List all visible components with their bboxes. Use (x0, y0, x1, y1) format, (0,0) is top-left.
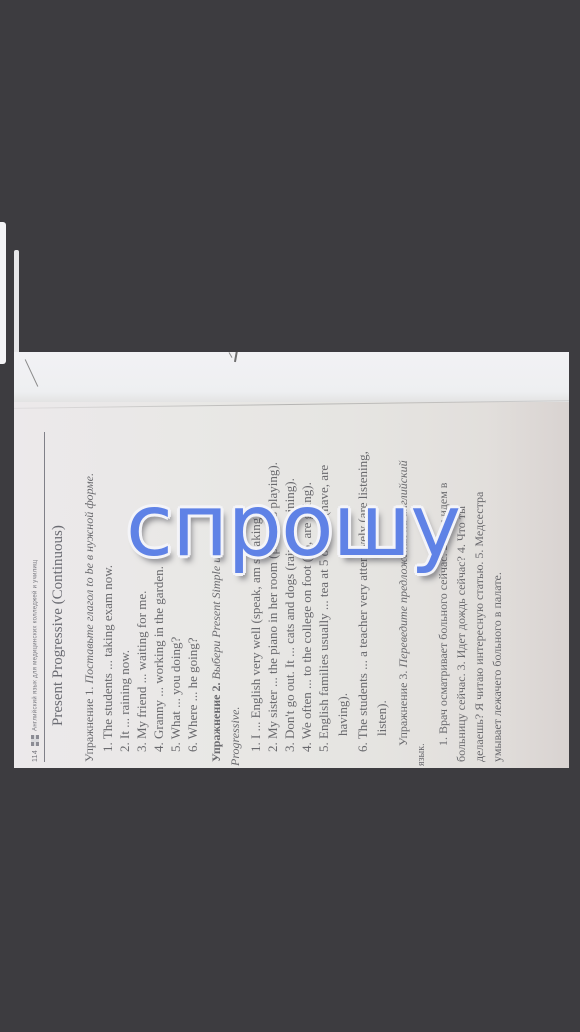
exercise-2-instruction-cont: Progressive. (228, 707, 243, 766)
exercise-2-item-cont: listen). (374, 700, 390, 736)
exercise-1-item: 3. My friend ... waiting for me. (134, 591, 150, 752)
exercise-1-item: 1. The students ... taking exam now. (100, 565, 116, 752)
header-rule (44, 432, 45, 762)
uk-flag-icon (31, 735, 39, 746)
exercise-3-label: Упражнение 3. (396, 671, 410, 746)
exercise-2-label: Упражнение 2. (209, 682, 223, 762)
running-header: 114Английский язык для медицинских колле… (31, 560, 39, 762)
exercise-3-instruction-cont: язык. (416, 743, 427, 766)
exercise-1-heading: Упражнение 1. Поставьте глагол to be в н… (82, 473, 97, 762)
exercise-1-item: 6. Where ... he going? (185, 637, 201, 752)
section-title: Present Progressive (Continuous) (50, 525, 67, 726)
exercise-1-item: 2. It ... raining now. (117, 650, 133, 752)
exercise-1-label: Упражнение 1. (82, 687, 96, 762)
side-drawer-handle[interactable] (0, 222, 6, 364)
exercise-1-item: 5. What ... you doing? (168, 637, 184, 752)
page-number: 114 (32, 750, 39, 762)
facing-page-edge (14, 352, 569, 402)
exercise-1-instruction: Поставьте глагол to be в нужной форме. (82, 473, 96, 684)
exercise-3-line: делаешь? Я читаю интересную статью. 5. М… (472, 492, 487, 762)
exercise-3-line: умывает лежачего больного в палате. (490, 572, 505, 762)
overlay-caption: спрошу (123, 476, 463, 576)
exercise-1-item: 4. Granny ... working in the garden. (151, 566, 167, 752)
running-title: Английский язык для медицинских колледже… (33, 560, 39, 731)
exercise-2-item-cont: having). (335, 693, 351, 736)
